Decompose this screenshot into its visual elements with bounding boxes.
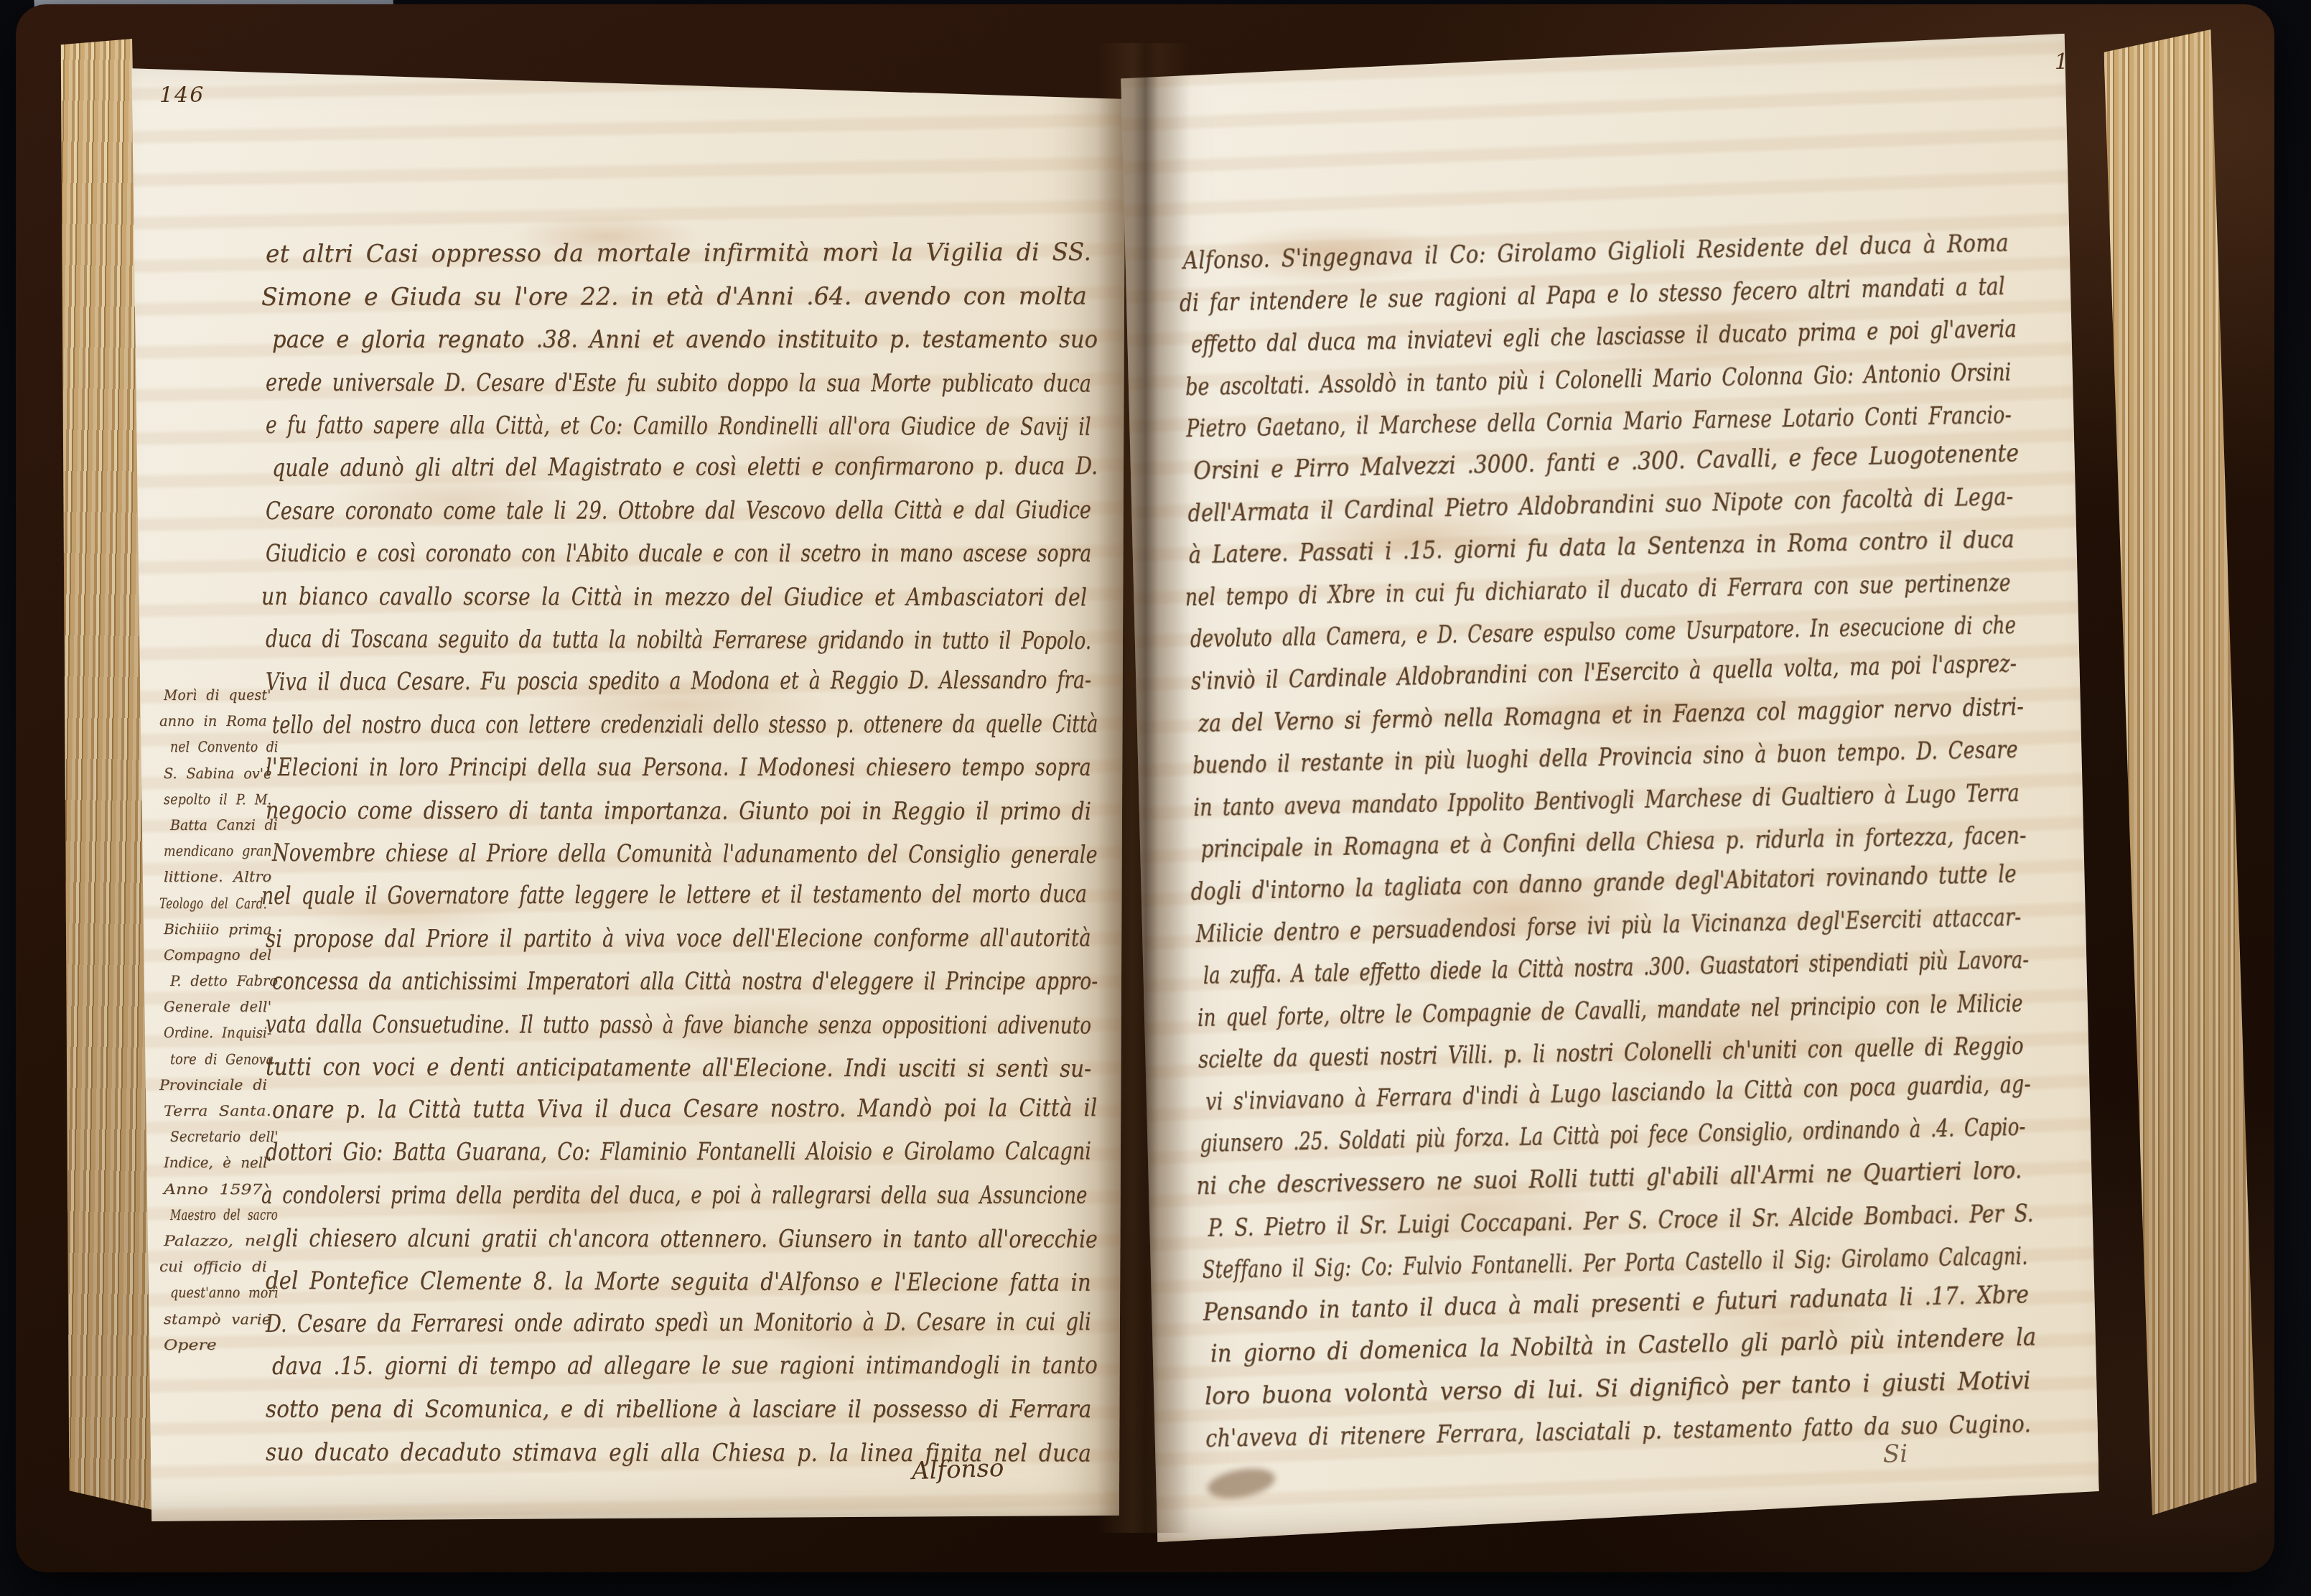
manuscript-line: erede universale D. Cesare d'Este fu sub… xyxy=(266,362,1091,406)
manuscript-line: Indice, è nell' xyxy=(164,1149,271,1175)
manuscript-line: concessa da antichissimi Imperatori alla… xyxy=(272,961,1098,1004)
manuscript-line: si propose dal Priore il partito à viva … xyxy=(266,917,1091,961)
manuscript-line: mendicano gran xyxy=(164,838,271,864)
manuscript-line: Morì di quest' xyxy=(164,682,271,709)
left-page-text: et altri Casi oppresso da mortale infirm… xyxy=(266,233,1098,1474)
manuscript-line: Terra Santa. xyxy=(164,1098,271,1124)
manuscript-line: Giudicio e così coronato con l'Abito duc… xyxy=(266,533,1091,576)
page-number-left: 146 xyxy=(159,83,205,108)
manuscript-line: à condolersi prima della perdita del duc… xyxy=(261,1175,1087,1218)
manuscript-line: Viva il duca Cesare. Fu poscia spedito a… xyxy=(266,659,1091,704)
manuscript-line: dava .15. giorni di tempo ad allegare le… xyxy=(272,1345,1098,1389)
manuscript-line: quale adunò gli altri del Magistrato e c… xyxy=(272,445,1098,490)
manuscript-line: tore di Genova. xyxy=(170,1046,278,1073)
manuscript-line: dottori Gio: Batta Guarana, Co: Flaminio… xyxy=(266,1131,1091,1175)
manuscript-line: anno in Roma xyxy=(159,708,267,734)
manuscript-line: Bichiiio prima xyxy=(164,916,272,943)
left-margin-note: Morì di quest'anno in Romanel Convento d… xyxy=(164,682,273,1358)
manuscript-line: vata dalla Consuetudine. Il tutto passò … xyxy=(266,1004,1091,1047)
manuscript-line: Compagno del xyxy=(164,942,271,969)
manuscript-line: gli chiesero alcuni gratii ch'ancora ott… xyxy=(272,1218,1098,1261)
manuscript-line: un bianco cavallo scorse la Città in mez… xyxy=(261,576,1087,620)
manuscript-line: cui officio di xyxy=(159,1254,267,1279)
manuscript-line: P. detto Fabro xyxy=(170,968,278,994)
manuscript-line: del Pontefice Clemente 8. la Morte segui… xyxy=(266,1260,1091,1305)
manuscript-line: tutti con voci e denti anticipatamente a… xyxy=(266,1046,1091,1091)
manuscript-line: D. Cesare da Ferraresi onde adirato sped… xyxy=(266,1301,1091,1345)
left-page-catchword: Alfonso xyxy=(911,1454,1004,1485)
right-page-catchword: Si xyxy=(1883,1439,1908,1469)
manuscript-photo-scene: 146 Morì di quest'anno in Romanel Conven… xyxy=(0,0,2311,1596)
manuscript-line: onare p. la Città tutta Viva il duca Ces… xyxy=(272,1087,1098,1131)
manuscript-line: S. Sabina ov'è xyxy=(164,760,271,786)
manuscript-line: Generale dell' xyxy=(164,994,271,1019)
manuscript-line: tello del nostro duca con lettere creden… xyxy=(272,703,1098,747)
manuscript-line: stampò varie xyxy=(164,1306,271,1333)
manuscript-line: e fu fatto sapere alla Città, et Co: Cam… xyxy=(266,404,1091,449)
manuscript-line: sotto pena di Scomunica, e di ribellione… xyxy=(266,1389,1091,1432)
manuscript-line: Opere xyxy=(164,1332,217,1358)
right-page-text: Alfonso. S'ingegnava il Co: Girolamo Gig… xyxy=(1182,224,2038,1460)
ink-smudge xyxy=(1205,1464,1277,1503)
manuscript-line: negocio come dissero di tanta importanza… xyxy=(266,790,1091,834)
left-page: 146 Morì di quest'anno in Romanel Conven… xyxy=(126,61,1127,1526)
manuscript-line: nel quale il Governatore fatte leggere l… xyxy=(261,873,1087,918)
manuscript-line: sepolto il P. M. xyxy=(164,786,272,813)
manuscript-line: Ordine. Inquisi- xyxy=(164,1019,271,1045)
manuscript-line: nel Convento di xyxy=(170,734,278,760)
manuscript-line: pace e gloria regnato .38. Anni et avend… xyxy=(272,319,1098,362)
manuscript-line: et altri Casi oppresso da mortale infirm… xyxy=(266,231,1091,276)
manuscript-line: Cesare coronato come tale li 29. Ottobre… xyxy=(266,489,1091,533)
manuscript-line: Anno 1597. xyxy=(164,1176,268,1203)
manuscript-line: Provinciale di xyxy=(159,1071,267,1098)
manuscript-line: Novembre chiese al Priore della Comunità… xyxy=(272,832,1098,877)
manuscript-line: Secretario dell' xyxy=(170,1124,278,1149)
manuscript-line: duca di Toscana seguito da tutta la nobi… xyxy=(266,618,1091,663)
manuscript-line: quest'anno morì xyxy=(170,1279,278,1305)
manuscript-line: Palazzo, nel xyxy=(164,1228,271,1254)
manuscript-line: Simone e Giuda su l'ore 22. in età d'Ann… xyxy=(261,275,1087,319)
manuscript-line: l'Elecioni in loro Principi della sua Pe… xyxy=(266,747,1091,790)
right-page: 147 Alfonso. S'ingegnava il Co: Girolamo… xyxy=(1116,30,2100,1545)
manuscript-line: Teologo del Card. xyxy=(159,890,267,916)
manuscript-line: Batta Canzi di xyxy=(170,812,278,839)
manuscript-line: littione. Altro xyxy=(164,864,271,890)
